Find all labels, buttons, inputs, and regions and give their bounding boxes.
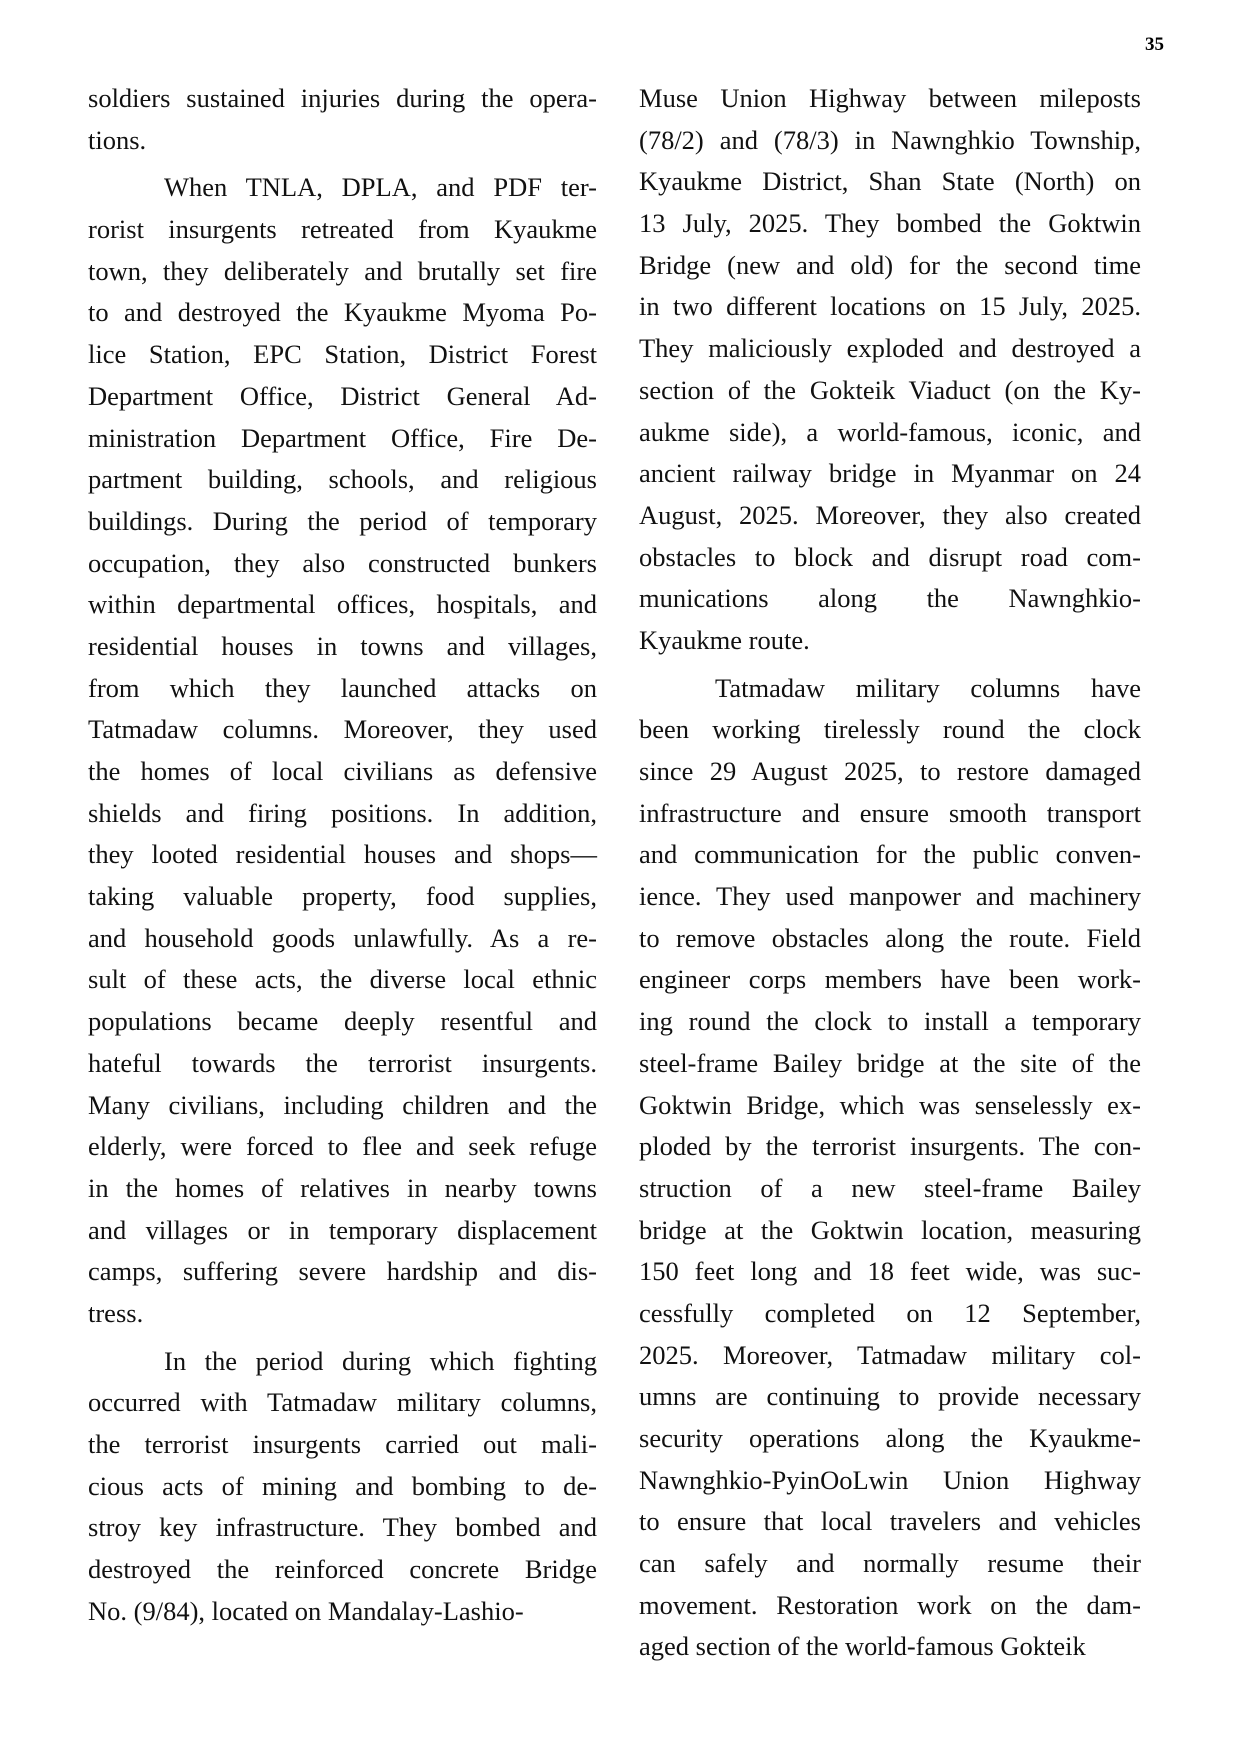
text-line: stroy key infrastructure. They bombed an… [88,1507,597,1549]
text-line: occupation, they also constructed bunker… [88,543,597,585]
paragraph: Muse Union Highway between mileposts(78/… [639,78,1141,662]
text-line: August, 2025. Moreover, they also create… [639,495,1141,537]
text-line: been working tirelessly round the clock [639,709,1141,751]
text-line: and household goods unlawfully. As a re- [88,918,597,960]
text-line: destroyed the reinforced concrete Bridge [88,1549,597,1591]
paragraph: In the period during which fightingoccur… [88,1341,597,1633]
text-line: ing round the clock to install a tempora… [639,1001,1141,1043]
text-line: the homes of local civilians as defensiv… [88,751,597,793]
text-line: bridge at the Goktwin location, measurin… [639,1210,1141,1252]
text-line: since 29 August 2025, to restore damaged [639,751,1141,793]
text-line: munications along the Nawnghkio- [639,578,1141,620]
text-line: tress. [88,1293,597,1335]
text-line: obstacles to block and disrupt road com- [639,537,1141,579]
text-line: rorist insurgents retreated from Kyaukme [88,209,597,251]
text-line: Kyaukme District, Shan State (North) on [639,161,1141,203]
text-line: to and destroyed the Kyaukme Myoma Po- [88,292,597,334]
text-line: to ensure that local travelers and vehic… [639,1501,1141,1543]
text-line: hateful towards the terrorist insurgents… [88,1043,597,1085]
text-line: town, they deliberately and brutally set… [88,251,597,293]
paragraph: When TNLA, DPLA, and PDF ter-rorist insu… [88,167,597,1334]
text-line: and villages or in temporary displacemen… [88,1210,597,1252]
text-line: No. (9/84), located on Mandalay-Lashio- [88,1591,597,1633]
text-line: 150 feet long and 18 feet wide, was suc- [639,1251,1141,1293]
page-number: 35 [1120,34,1164,56]
left-column: soldiers sustained injuries during the o… [88,78,597,1638]
text-line: shields and firing positions. In additio… [88,793,597,835]
text-line: within departmental offices, hospitals, … [88,584,597,626]
text-line: Muse Union Highway between mileposts [639,78,1141,120]
text-line: cessfully completed on 12 September, [639,1293,1141,1335]
text-line: struction of a new steel-frame Bailey [639,1168,1141,1210]
text-line: they looted residential houses and shops… [88,834,597,876]
text-line: occurred with Tatmadaw military columns, [88,1382,597,1424]
text-line: Many civilians, including children and t… [88,1085,597,1127]
text-line: 2025. Moreover, Tatmadaw military col- [639,1335,1141,1377]
text-line: Bridge (new and old) for the second time [639,245,1141,287]
text-line: (78/2) and (78/3) in Nawnghkio Township, [639,120,1141,162]
text-line: the terrorist insurgents carried out mal… [88,1424,597,1466]
text-line: in the homes of relatives in nearby town… [88,1168,597,1210]
text-line: Nawnghkio-PyinOoLwin Union Highway [639,1460,1141,1502]
text-line: populations became deeply resentful and [88,1001,597,1043]
text-line: infrastructure and ensure smooth transpo… [639,793,1141,835]
text-line: taking valuable property, food supplies, [88,876,597,918]
right-column: Muse Union Highway between mileposts(78/… [639,78,1141,1674]
text-line: partment building, schools, and religiou… [88,459,597,501]
text-line: movement. Restoration work on the dam- [639,1585,1141,1627]
text-line: cious acts of mining and bombing to de- [88,1466,597,1508]
text-line: soldiers sustained injuries during the o… [88,78,597,120]
text-line: lice Station, EPC Station, District Fore… [88,334,597,376]
text-line: buildings. During the period of temporar… [88,501,597,543]
text-line: aukme side), a world-famous, iconic, and [639,412,1141,454]
text-line: steel-frame Bailey bridge at the site of… [639,1043,1141,1085]
text-line: security operations along the Kyaukme- [639,1418,1141,1460]
text-line: Tatmadaw military columns have [639,668,1141,710]
text-line: to remove obstacles along the route. Fie… [639,918,1141,960]
text-line: Goktwin Bridge, which was senselessly ex… [639,1085,1141,1127]
text-line: Tatmadaw columns. Moreover, they used [88,709,597,751]
text-line: Department Office, District General Ad- [88,376,597,418]
text-line: ministration Department Office, Fire De- [88,418,597,460]
text-line: camps, suffering severe hardship and dis… [88,1251,597,1293]
text-line: elderly, were forced to flee and seek re… [88,1126,597,1168]
text-line: umns are continuing to provide necessary [639,1376,1141,1418]
text-line: section of the Gokteik Viaduct (on the K… [639,370,1141,412]
text-line: 13 July, 2025. They bombed the Goktwin [639,203,1141,245]
text-line: They maliciously exploded and destroyed … [639,328,1141,370]
text-line: tions. [88,120,597,162]
text-line: aged section of the world-famous Gokteik [639,1626,1141,1668]
text-line: ience. They used manpower and machinery [639,876,1141,918]
text-line: can safely and normally resume their [639,1543,1141,1585]
text-line: and communication for the public conven- [639,834,1141,876]
paragraph: Tatmadaw military columns havebeen worki… [639,668,1141,1669]
text-line: In the period during which fighting [88,1341,597,1383]
text-line: in two different locations on 15 July, 2… [639,286,1141,328]
text-line: Kyaukme route. [639,620,1141,662]
text-line: engineer corps members have been work- [639,959,1141,1001]
text-line: from which they launched attacks on [88,668,597,710]
text-line: sult of these acts, the diverse local et… [88,959,597,1001]
paragraph: soldiers sustained injuries during the o… [88,78,597,161]
text-line: ploded by the terrorist insurgents. The … [639,1126,1141,1168]
text-line: When TNLA, DPLA, and PDF ter- [88,167,597,209]
text-line: ancient railway bridge in Myanmar on 24 [639,453,1141,495]
text-line: residential houses in towns and villages… [88,626,597,668]
